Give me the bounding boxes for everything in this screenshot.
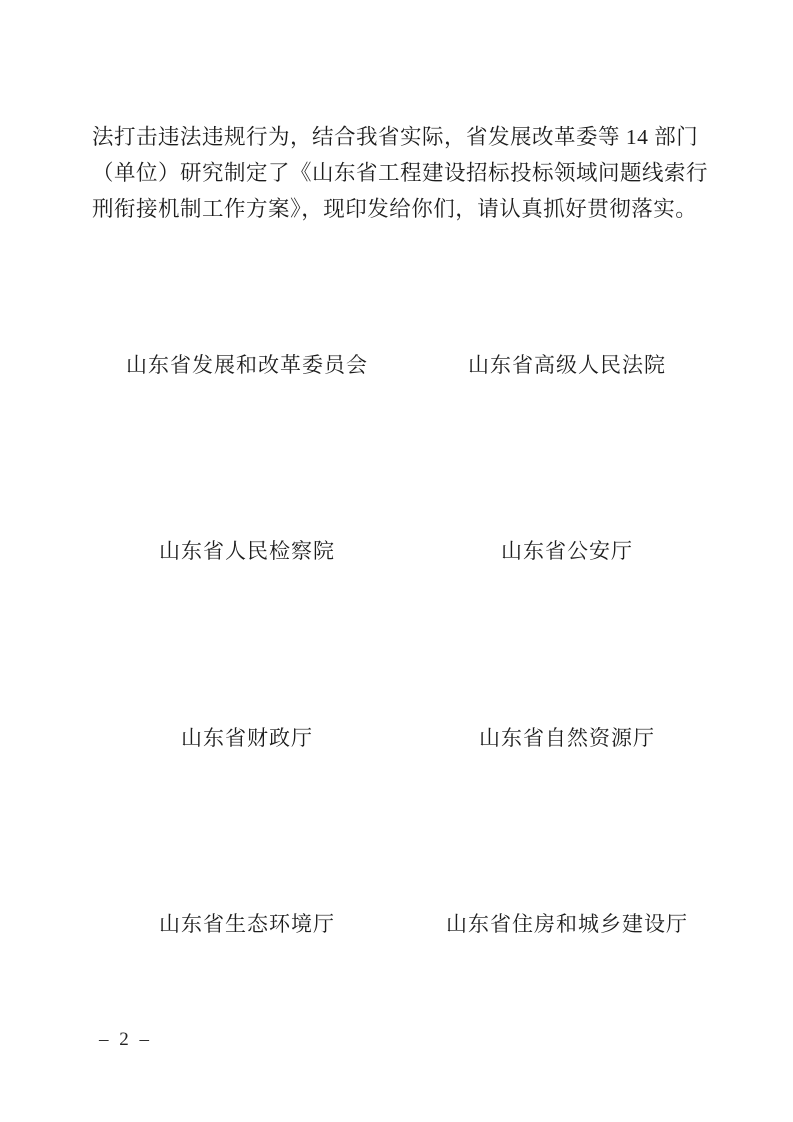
signatory-row: 山东省人民检察院 山东省公安厅 <box>0 535 793 561</box>
signatory-name: 山东省财政厅 <box>181 722 313 752</box>
signatory-name: 山东省住房和城乡建设厅 <box>446 908 688 938</box>
signatory-name: 山东省人民检察院 <box>159 535 335 565</box>
signatory-row: 山东省发展和改革委员会 山东省高级人民法院 <box>0 349 793 375</box>
paragraph-line: 刑衔接机制工作方案》，现印发给你们，请认真抓好贯彻落实。 <box>92 193 710 229</box>
signatory-name: 山东省发展和改革委员会 <box>126 349 368 379</box>
paragraph-line: 法打击违法违规行为，结合我省实际，省发展改革委等 14 部门 <box>92 121 710 157</box>
signatory-name: 山东省生态环境厅 <box>159 908 335 938</box>
signatory-row: 山东省生态环境厅 山东省住房和城乡建设厅 <box>0 908 793 934</box>
signatory-name: 山东省高级人民法院 <box>468 349 666 379</box>
body-paragraph: 法打击违法违规行为，结合我省实际，省发展改革委等 14 部门 （单位）研究制定了… <box>92 121 710 229</box>
signatory-name: 山东省公安厅 <box>501 535 633 565</box>
signatory-row: 山东省财政厅 山东省自然资源厅 <box>0 722 793 748</box>
paragraph-line: （单位）研究制定了《山东省工程建设招标投标领域问题线索行 <box>92 157 710 193</box>
signatory-name: 山东省自然资源厅 <box>479 722 655 752</box>
document-page: 法打击违法违规行为，结合我省实际，省发展改革委等 14 部门 （单位）研究制定了… <box>0 0 793 1122</box>
page-number: – 2 – <box>99 1029 152 1051</box>
